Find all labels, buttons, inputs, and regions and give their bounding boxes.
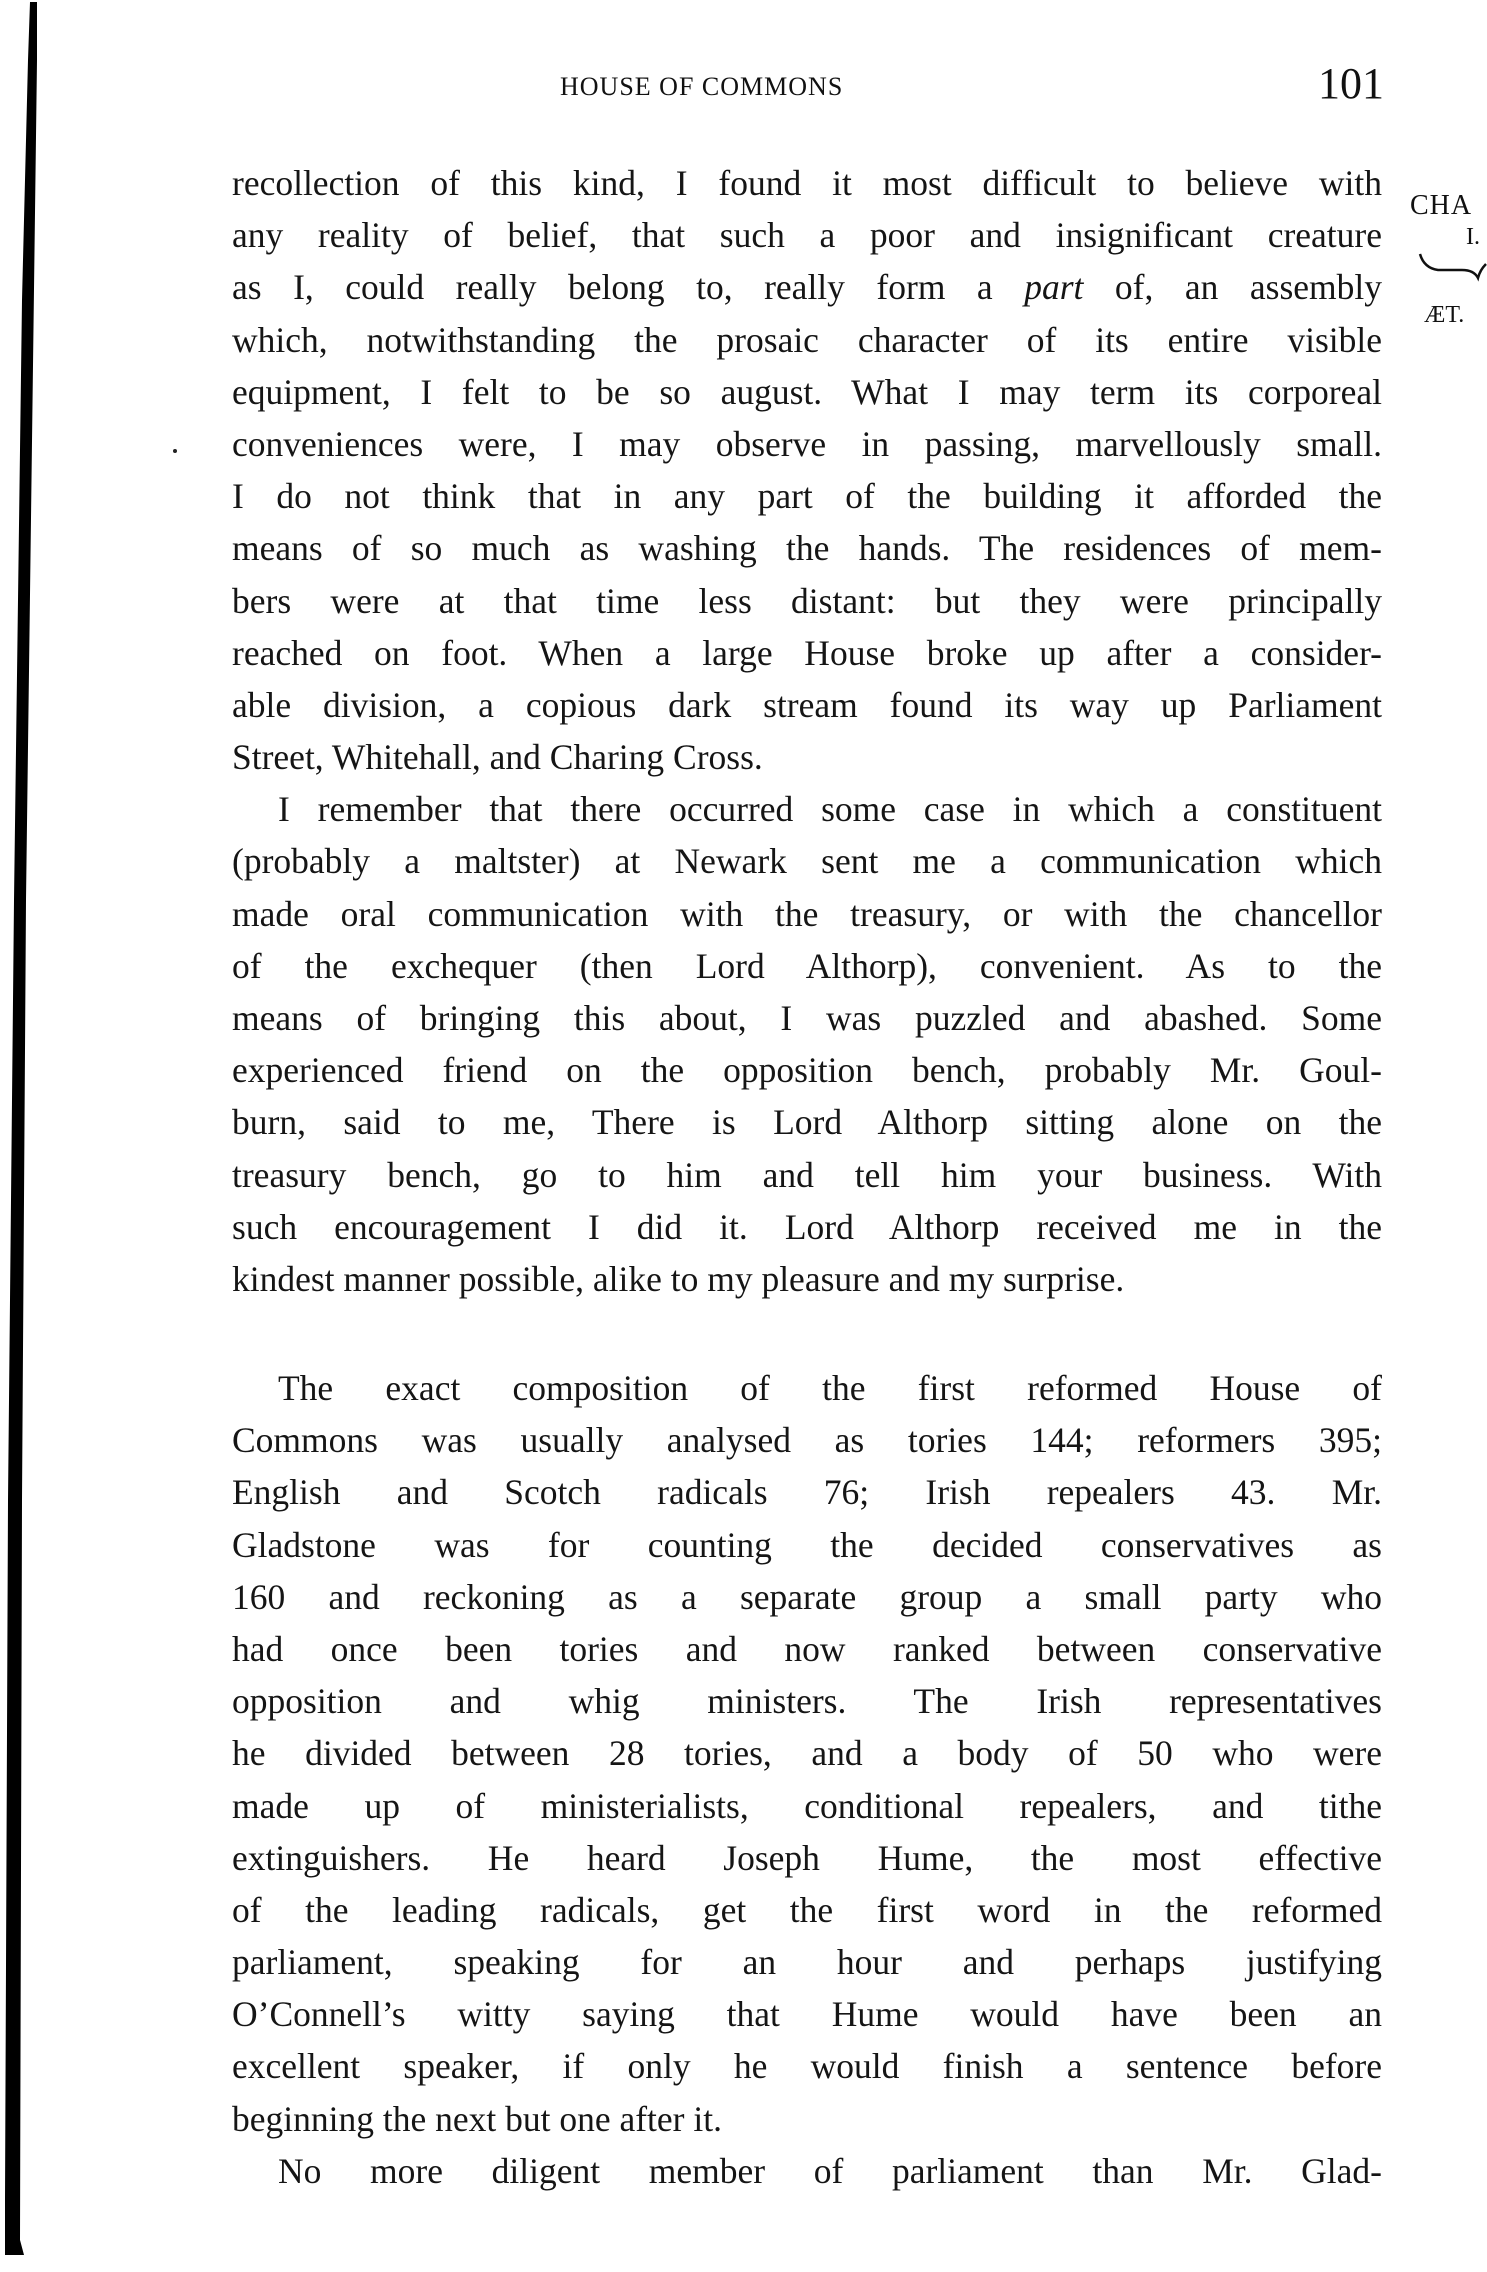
text-line: such encouragement I did it. Lord Althor… <box>232 1201 1382 1253</box>
text-line: extinguishers. He heard Joseph Hume, the… <box>232 1832 1382 1884</box>
section-2-text: The exact composition of the first refor… <box>232 1362 1382 2197</box>
text-line: experienced friend on the opposition ben… <box>232 1044 1382 1096</box>
text-line: made up of ministerialists, conditional … <box>232 1780 1382 1832</box>
page-number: 101 <box>1318 58 1384 109</box>
text-line: opposition and whig ministers. The Irish… <box>232 1675 1382 1727</box>
text-line: bers were at that time less distant: but… <box>232 575 1382 627</box>
text-line: means of bringing this about, I was puzz… <box>232 992 1382 1044</box>
text-line: which, notwithstanding the prosaic chara… <box>232 314 1382 366</box>
text-line: equipment, I felt to be so august. What … <box>232 366 1382 418</box>
text-line: able division, a copious dark stream fou… <box>232 679 1382 731</box>
text-line: beginning the next but one after it. <box>232 2093 1382 2145</box>
text-line: treasury bench, go to him and tell him y… <box>232 1149 1382 1201</box>
text-line: of the leading radicals, get the first w… <box>232 1884 1382 1936</box>
text-line: Commons was usually analysed as tories 1… <box>232 1414 1382 1466</box>
text-line: made oral communication with the treasur… <box>232 888 1382 940</box>
text-line: English and Scotch radicals 76; Irish re… <box>232 1466 1382 1518</box>
text-line: O’Connell’s witty saying that Hume would… <box>232 1988 1382 2040</box>
text-line: burn, said to me, There is Lord Althorp … <box>232 1096 1382 1148</box>
scan-binding-edge <box>0 0 40 2272</box>
text-line: No more diligent member of parliament th… <box>232 2145 1382 2197</box>
text-line: I do not think that in any part of the b… <box>232 470 1382 522</box>
marginal-note-chapter: CHA <box>1410 190 1472 222</box>
text-line: Street, Whitehall, and Charing Cross. <box>232 731 1382 783</box>
text-line: conveniences were, I may observe in pass… <box>232 418 1382 470</box>
marginal-note-chapter-number: I. <box>1466 224 1480 251</box>
text-line: recollection of this kind, I found it mo… <box>232 157 1382 209</box>
text-line: parliament, speaking for an hour and per… <box>232 1936 1382 1988</box>
text-line: kindest manner possible, alike to my ple… <box>232 1253 1382 1305</box>
text-line: as I, could really belong to, really for… <box>232 261 1382 313</box>
text-line: reached on foot. When a large House brok… <box>232 627 1382 679</box>
running-title: HOUSE OF COMMONS <box>560 72 843 102</box>
text-line: I remember that there occurred some case… <box>232 783 1382 835</box>
text-line: The exact composition of the first refor… <box>232 1362 1382 1414</box>
text-line: Gladstone was for counting the decided c… <box>232 1519 1382 1571</box>
text-line: of the exchequer (then Lord Althorp), co… <box>232 940 1382 992</box>
marginal-note-age: ÆT. <box>1424 302 1464 329</box>
text-line: had once been tories and now ranked betw… <box>232 1623 1382 1675</box>
section-1-text: recollection of this kind, I found it mo… <box>232 157 1382 1305</box>
text-line: excellent speaker, if only he would fini… <box>232 2040 1382 2092</box>
brace-icon <box>1418 250 1487 286</box>
text-line: he divided between 28 tories, and a body… <box>232 1727 1382 1779</box>
text-line: 160 and reckoning as a separate group a … <box>232 1571 1382 1623</box>
text-line: means of so much as washing the hands. T… <box>232 522 1382 574</box>
italic-word: part <box>1024 267 1083 307</box>
scan-speck <box>173 449 177 453</box>
text-line: any reality of belief, that such a poor … <box>232 209 1382 261</box>
text-line: (probably a maltster) at Newark sent me … <box>232 835 1382 887</box>
